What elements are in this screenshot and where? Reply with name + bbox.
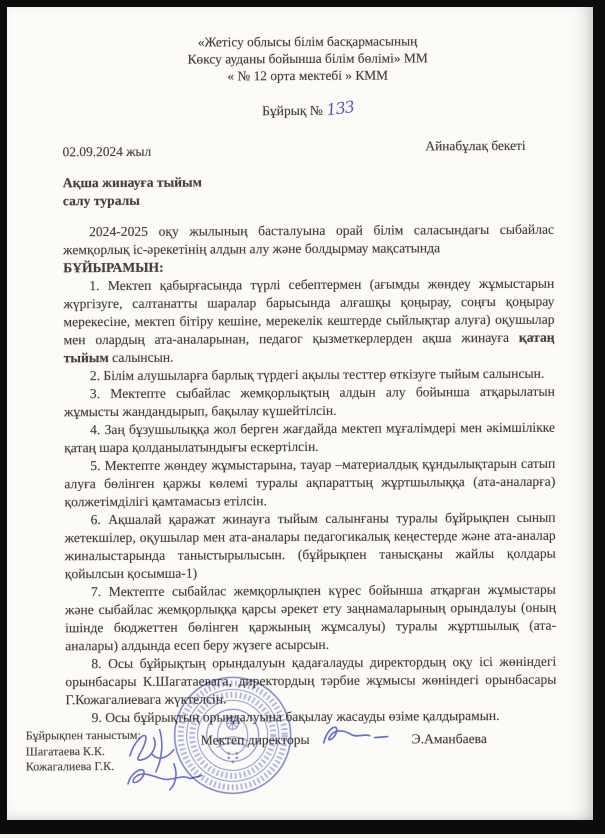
letterhead: «Жетісу облысы білім басқармасының Көксу… [62, 32, 553, 86]
order-items: 1. Мектеп қабырғасында түрлі себептермен… [63, 275, 556, 728]
order-item: 1. Мектеп қабырғасында түрлі себептермен… [63, 275, 554, 368]
date-place-row: 02.09.2024 жыл Айнабұлақ бекеті [63, 142, 554, 161]
acquainted-name: Кожагалиева Г.К. [26, 759, 141, 775]
order-label: Бұйрық № [262, 103, 323, 118]
order-item: 7. Мектепте сыбайлас жемқорлықпен күрес … [65, 581, 556, 656]
acquainted-label: Бұйрықпен таныстым: [26, 728, 141, 744]
acquainted-block: Бұйрықпен таныстым: Шагатаева К.К. Кожаг… [26, 728, 141, 775]
order-number-handwritten: 133 [325, 97, 355, 119]
acquainted-name: Шагатаева К.К. [26, 743, 141, 759]
order-item: 3. Мектепте сыбайлас жемқорлықтың алдын … [64, 383, 555, 422]
order-item: 5. Мектепте жөндеу жұмыстарына, тауар –м… [64, 455, 555, 512]
order-item: 4. Заң бұзушылыққа жол берген жағдайда м… [64, 419, 555, 458]
order-place: Айнабұлақ бекеті [425, 138, 525, 155]
letterhead-line: « № 12 орта мектебі » КММ [62, 66, 553, 86]
director-name: Э.Аманбаева [412, 731, 487, 747]
intro-paragraph: 2024-2025 оқу жылының басталуына орай бі… [63, 221, 554, 260]
document-page: «Жетісу облысы білім басқармасының Көксу… [7, 7, 593, 820]
subject-line: салу туралы [63, 190, 554, 211]
document-content: «Жетісу облысы білім басқармасының Көксу… [5, 5, 595, 821]
order-date: 02.09.2024 жыл [63, 144, 152, 160]
order-item: 6. Ақшалай қаражат жинауға тыйым салынға… [65, 509, 556, 584]
round-seal-stamp [170, 673, 295, 798]
director-signature-ink [318, 720, 404, 750]
order-item: 8. Осы бұйрықтың орындалуын қадағалауды … [65, 653, 556, 710]
order-subject: Ақша жинауға тыйым салу туралы [63, 172, 554, 211]
order-item: 9. Осы бұйрықтың орындалуына бақылау жас… [66, 707, 557, 728]
order-number-line: Бұйрық № 133 [62, 99, 553, 121]
scanned-document-photo: «Жетісу облысы білім басқармасының Көксу… [0, 0, 605, 838]
